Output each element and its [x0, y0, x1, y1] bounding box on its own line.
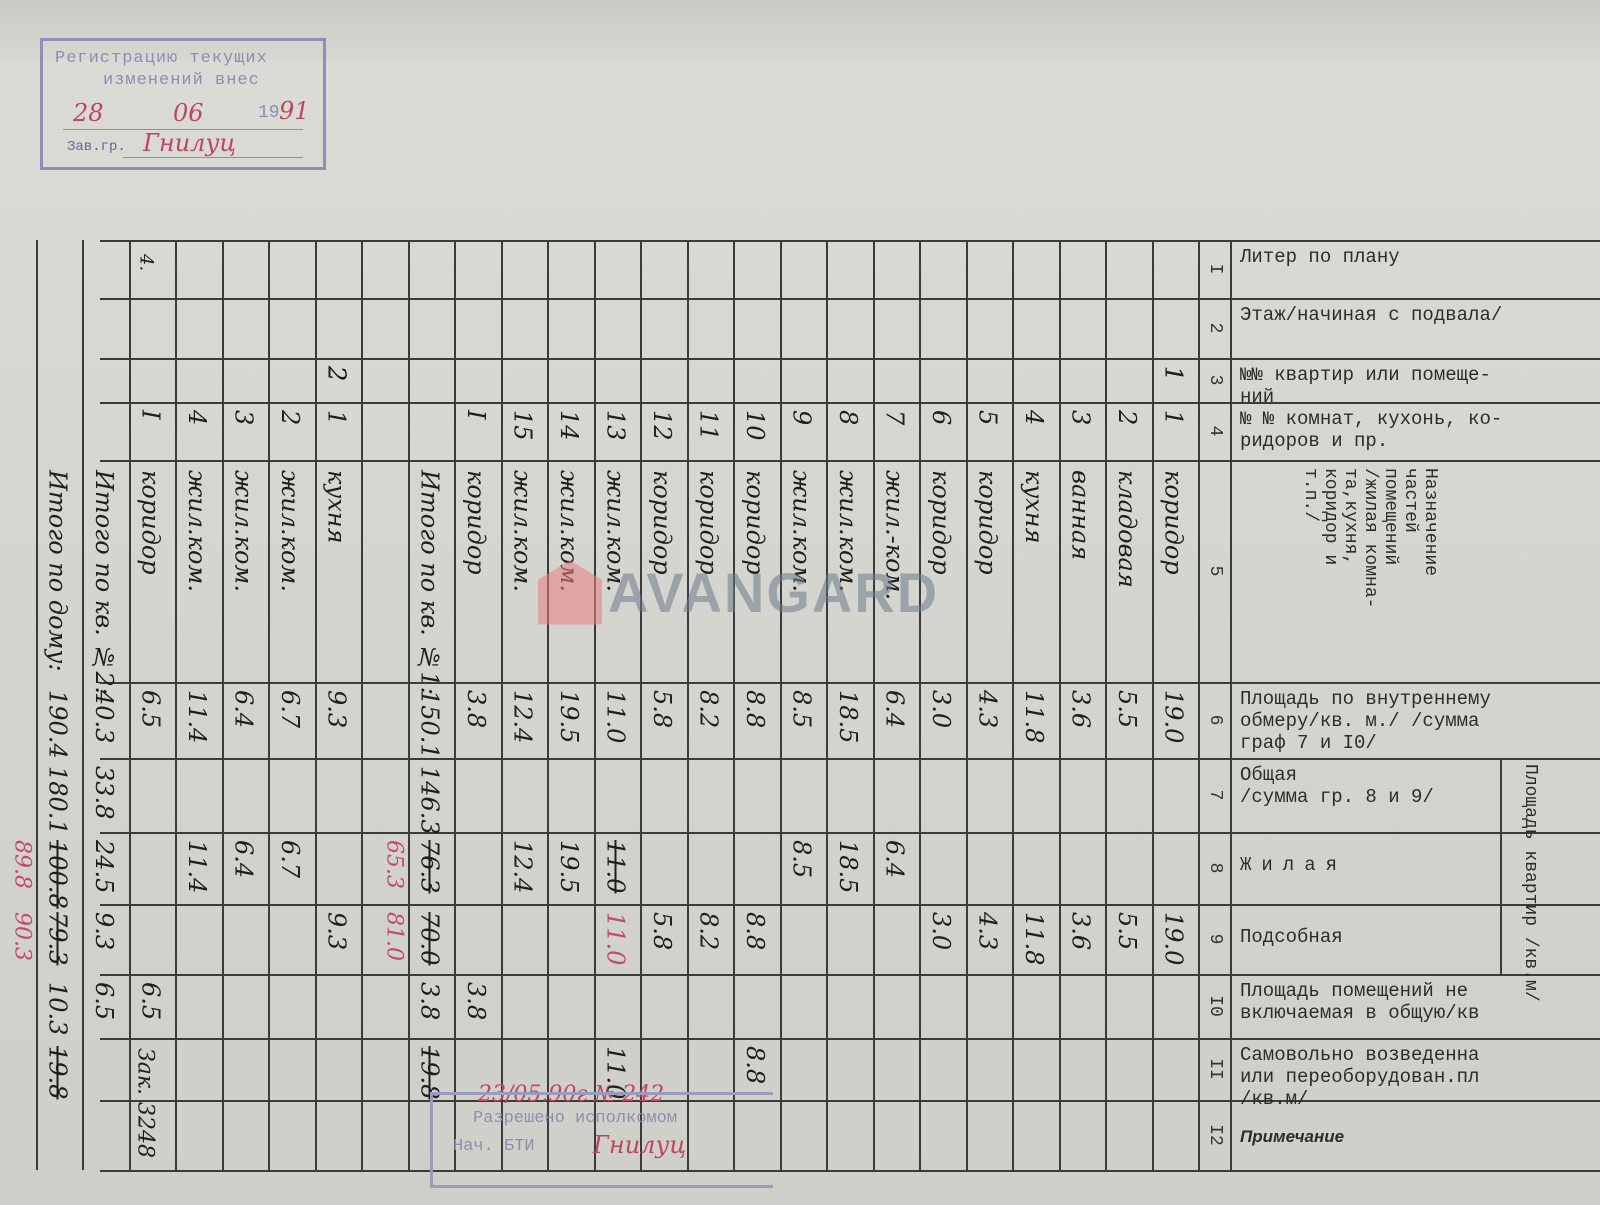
- table-cell: 14: [555, 410, 583, 441]
- table-cell: 12.4: [509, 840, 537, 893]
- table-column-divider: [1198, 240, 1200, 1170]
- column-label: Самовольно возведенна или переоборудован…: [1240, 1044, 1600, 1110]
- table-cell: 8.8: [741, 1046, 769, 1084]
- room-purpose: жил.ком.: [276, 470, 304, 592]
- table-cell: 2: [1113, 410, 1141, 425]
- table-cell: 11.8: [1020, 912, 1048, 965]
- table-cell: 3.0: [927, 690, 955, 728]
- document-page: Регистрацию текущих изменений внес 28 06…: [0, 0, 1600, 1205]
- table-column-divider: [175, 240, 177, 1170]
- room-purpose: Итого по кв. №2:: [90, 470, 118, 682]
- table-cell: 146.3: [416, 766, 444, 830]
- table-cell: 11.8: [1020, 690, 1048, 743]
- table-cell: 8.8: [741, 690, 769, 728]
- table-column-divider: [594, 240, 596, 1170]
- table-cell: 11: [695, 410, 723, 441]
- column-number: 7: [1205, 780, 1225, 810]
- table-cell: 8: [834, 410, 862, 425]
- room-purpose: жил.ком.: [230, 470, 258, 592]
- table-cell: 6.4: [230, 690, 258, 728]
- column-number: 3: [1205, 365, 1225, 395]
- table-cell: 5.5: [1113, 690, 1141, 728]
- room-purpose: жил.ком.: [509, 470, 537, 592]
- room-purpose: коридор: [974, 470, 1002, 575]
- room-purpose: Итого по кв. №1:: [416, 470, 444, 682]
- table-column-divider: [222, 240, 224, 1170]
- table-row-divider: [100, 758, 1600, 760]
- table-cell: 150.1: [416, 690, 444, 756]
- room-purpose: кладовая: [1113, 470, 1141, 588]
- table-cell: 1: [323, 410, 351, 425]
- table-cell: 10: [741, 410, 769, 441]
- stamp-month: 06: [173, 99, 204, 127]
- column-number: I: [1205, 254, 1225, 284]
- stamp-day: 28: [73, 99, 104, 127]
- table-cell: 190.4: [44, 690, 72, 756]
- table-column-divider: [268, 240, 270, 1170]
- table-cell: 2: [276, 410, 304, 425]
- table-cell: 19.5: [555, 840, 583, 893]
- table-cell: 33.8: [90, 766, 118, 819]
- table-cell: 11.0: [602, 912, 630, 965]
- table-column-divider: [780, 240, 782, 1170]
- table-cell: 100.8: [44, 840, 72, 902]
- room-purpose: коридор: [462, 470, 490, 575]
- column-label: Литер по плану: [1240, 246, 1600, 268]
- column-number: 5: [1205, 556, 1225, 586]
- table-cell: I: [462, 410, 490, 419]
- table-cell: 12: [648, 410, 676, 441]
- column-number: 9: [1205, 924, 1225, 954]
- table-cell: 6.4: [881, 840, 909, 878]
- room-purpose: коридор: [927, 470, 955, 575]
- table-cell: 11.4: [183, 840, 211, 893]
- table-column-divider: [36, 240, 38, 1170]
- table-cell: 11.0: [602, 690, 630, 743]
- table-cell: 6.7: [276, 690, 304, 728]
- table-row-divider: [100, 1170, 1600, 1172]
- column-number: 6: [1205, 705, 1225, 735]
- table-cell: 15: [509, 410, 537, 441]
- table-cell: 6.4: [881, 690, 909, 728]
- table-cell: 4: [183, 410, 211, 425]
- watermark-text: AVANGARD: [608, 560, 939, 625]
- stamp-date-underline: [63, 129, 303, 130]
- column-label: Этаж/начиная с подвала/: [1240, 304, 1600, 326]
- column-label: Подсобная: [1240, 926, 1490, 948]
- column-label: Жилая: [1240, 854, 1490, 876]
- column-label: №№ квартир или помеще- ний: [1240, 364, 1600, 408]
- table-cell: 19.5: [555, 690, 583, 743]
- table-cell: 8.8: [741, 912, 769, 950]
- liter-note: 4.: [136, 254, 157, 271]
- table-cell: 9: [788, 410, 816, 425]
- table-cell: 19.0: [1160, 690, 1188, 743]
- table-cell: 11.0: [602, 840, 630, 893]
- table-cell: 6.5: [90, 982, 118, 1020]
- table-cell: 5.5: [1113, 912, 1141, 950]
- table-cell: 6.7: [276, 840, 304, 878]
- table-cell: 4.3: [974, 912, 1002, 950]
- corrected-value: 89.8: [10, 840, 35, 889]
- table-cell: 9.3: [90, 912, 118, 950]
- table-cell: 5.8: [648, 912, 676, 950]
- corrected-value: 65.3: [382, 840, 407, 889]
- column-number: I0: [1205, 991, 1225, 1021]
- table-cell: 3.8: [462, 690, 490, 728]
- table-cell: 3.0: [927, 912, 955, 950]
- table-cell: 3: [1067, 410, 1095, 425]
- inventory-table: IЛитер по плану2Этаж/начиная с подвала/3…: [100, 240, 1600, 1180]
- column-number: 8: [1205, 853, 1225, 883]
- table-cell: 9.3: [323, 912, 351, 950]
- table-column-divider: [687, 240, 689, 1170]
- room-purpose: ванная: [1067, 470, 1095, 560]
- table-cell: 180.1: [44, 766, 72, 830]
- table-cell: 10.3: [44, 982, 72, 1035]
- room-purpose: кухня: [1020, 470, 1048, 544]
- table-cell: 12.4: [509, 690, 537, 743]
- apartment-number: 1: [1160, 366, 1188, 381]
- room-purpose: коридор: [741, 470, 769, 575]
- stamp-signature-underline: [123, 157, 303, 158]
- table-cell: 1: [1160, 410, 1188, 425]
- stamp-line-1: Регистрацию текущих: [55, 49, 268, 68]
- table-cell: 4: [1020, 410, 1048, 425]
- table-row-divider: [100, 974, 1600, 976]
- table-column-divider: [315, 240, 317, 1170]
- room-purpose: коридор: [648, 470, 676, 575]
- table-column-divider: [1152, 240, 1154, 1170]
- table-cell: 24.5: [90, 840, 118, 893]
- table-column-divider: [129, 240, 131, 1170]
- watermark-logo-icon: [538, 561, 602, 625]
- room-purpose: Итого по дому:: [44, 470, 72, 671]
- table-cell: 3.6: [1067, 912, 1095, 950]
- table-cell: 3: [230, 410, 258, 425]
- table-cell: 79.3: [44, 912, 72, 965]
- header-divider: [1230, 240, 1232, 1170]
- row-note: Зак. 3248: [133, 1048, 158, 1158]
- column-number: I2: [1205, 1120, 1225, 1150]
- table-cell: 70.0: [416, 912, 444, 965]
- permit-stamp: Разрешено исполкомом Нач. БТИ Гнилуц: [430, 1092, 773, 1188]
- column-label: Площадь помещений не включаемая в общую/…: [1240, 980, 1600, 1024]
- table-column-divider: [919, 240, 921, 1170]
- table-cell: 40.3: [90, 690, 118, 743]
- table-cell: 19.8: [416, 1046, 444, 1098]
- stamp-line-2: изменений внес: [103, 71, 260, 90]
- column-label: № № комнат, кухонь, ко- ридоров и пр.: [1240, 408, 1600, 452]
- table-row-divider: [100, 904, 1600, 906]
- table-row-divider: [100, 298, 1600, 300]
- table-column-divider: [1105, 240, 1107, 1170]
- room-purpose: коридор: [695, 470, 723, 575]
- table-cell: 5: [974, 410, 1002, 425]
- stamp-signer-label: Зав.гр.: [67, 139, 126, 155]
- column-label: Примечание: [1240, 1126, 1600, 1148]
- table-cell: 9.3: [323, 690, 351, 728]
- column-number: 4: [1205, 416, 1225, 446]
- table-column-divider: [454, 240, 456, 1170]
- watermark: AVANGARD: [538, 560, 939, 625]
- table-row-divider: [100, 460, 1600, 462]
- room-purpose: кухня: [323, 470, 351, 544]
- table-cell: 6.5: [137, 982, 165, 1020]
- table-cell: 6.5: [137, 690, 165, 728]
- room-purpose: коридор: [137, 470, 165, 575]
- column-label: Назначение частей помещений /жилая комна…: [1300, 468, 1440, 674]
- table-cell: 8.5: [788, 840, 816, 878]
- registration-stamp: Регистрацию текущих изменений внес 28 06…: [40, 38, 326, 170]
- group-divider: [1500, 758, 1502, 974]
- table-cell: 5.8: [648, 690, 676, 728]
- table-cell: 3.8: [416, 982, 444, 1020]
- table-cell: 8.2: [695, 912, 723, 950]
- table-column-divider: [501, 240, 503, 1170]
- table-cell: 8.2: [695, 690, 723, 728]
- table-cell: 18.5: [834, 840, 862, 893]
- table-column-divider: [640, 240, 642, 1170]
- group-label: Площадь квартир /кв.м/: [1520, 764, 1540, 968]
- table-column-divider: [826, 240, 828, 1170]
- table-cell: 13: [602, 410, 630, 441]
- room-purpose: коридор: [1160, 470, 1188, 575]
- table-row-divider: [100, 682, 1600, 684]
- table-cell: 6: [927, 410, 955, 425]
- table-column-divider: [361, 240, 363, 1170]
- table-column-divider: [1012, 240, 1014, 1170]
- corrected-value: 81.0: [382, 912, 407, 961]
- apartment-number: 2: [323, 366, 351, 381]
- table-cell: 19.8: [44, 1046, 72, 1098]
- table-cell: I: [137, 410, 165, 419]
- table-column-divider: [547, 240, 549, 1170]
- table-row-divider: [100, 1038, 1600, 1040]
- column-number: II: [1205, 1054, 1225, 1084]
- table-cell: 8.5: [788, 690, 816, 728]
- stamp-signature: Гнилуц: [143, 129, 236, 157]
- table-row-divider: [100, 832, 1600, 834]
- table-column-divider: [966, 240, 968, 1170]
- corrected-value: 90.3: [10, 912, 35, 961]
- stamp-year-handwritten: 91: [279, 97, 310, 125]
- table-cell: 3.8: [462, 982, 490, 1020]
- table-column-divider: [408, 240, 410, 1170]
- table-column-divider: [82, 240, 84, 1170]
- table-column-divider: [733, 240, 735, 1170]
- table-cell: 3.6: [1067, 690, 1095, 728]
- table-cell: 19.0: [1160, 912, 1188, 965]
- table-cell: 6.4: [230, 840, 258, 878]
- table-cell: 76.3: [416, 840, 444, 893]
- permit-line-2: Нач. БТИ: [453, 1137, 535, 1156]
- permit-line-1: Разрешено исполкомом: [473, 1109, 677, 1128]
- room-purpose: жил.ком.: [183, 470, 211, 592]
- table-cell: 7: [881, 410, 909, 425]
- column-number: 2: [1205, 313, 1225, 343]
- stamp-year-printed: 19: [258, 103, 280, 123]
- column-label: Общая /сумма гр. 8 и 9/: [1240, 764, 1490, 808]
- table-cell: 11.4: [183, 690, 211, 743]
- table-cell: 4.3: [974, 690, 1002, 728]
- column-label: Площадь по внутреннему обмеру/кв. м./ /с…: [1240, 688, 1600, 754]
- table-row-divider: [100, 358, 1600, 360]
- table-column-divider: [873, 240, 875, 1170]
- table-cell: 18.5: [834, 690, 862, 743]
- table-column-divider: [1059, 240, 1061, 1170]
- table-row-divider: [100, 240, 1600, 242]
- permit-signature: Гнилуц: [593, 1131, 686, 1159]
